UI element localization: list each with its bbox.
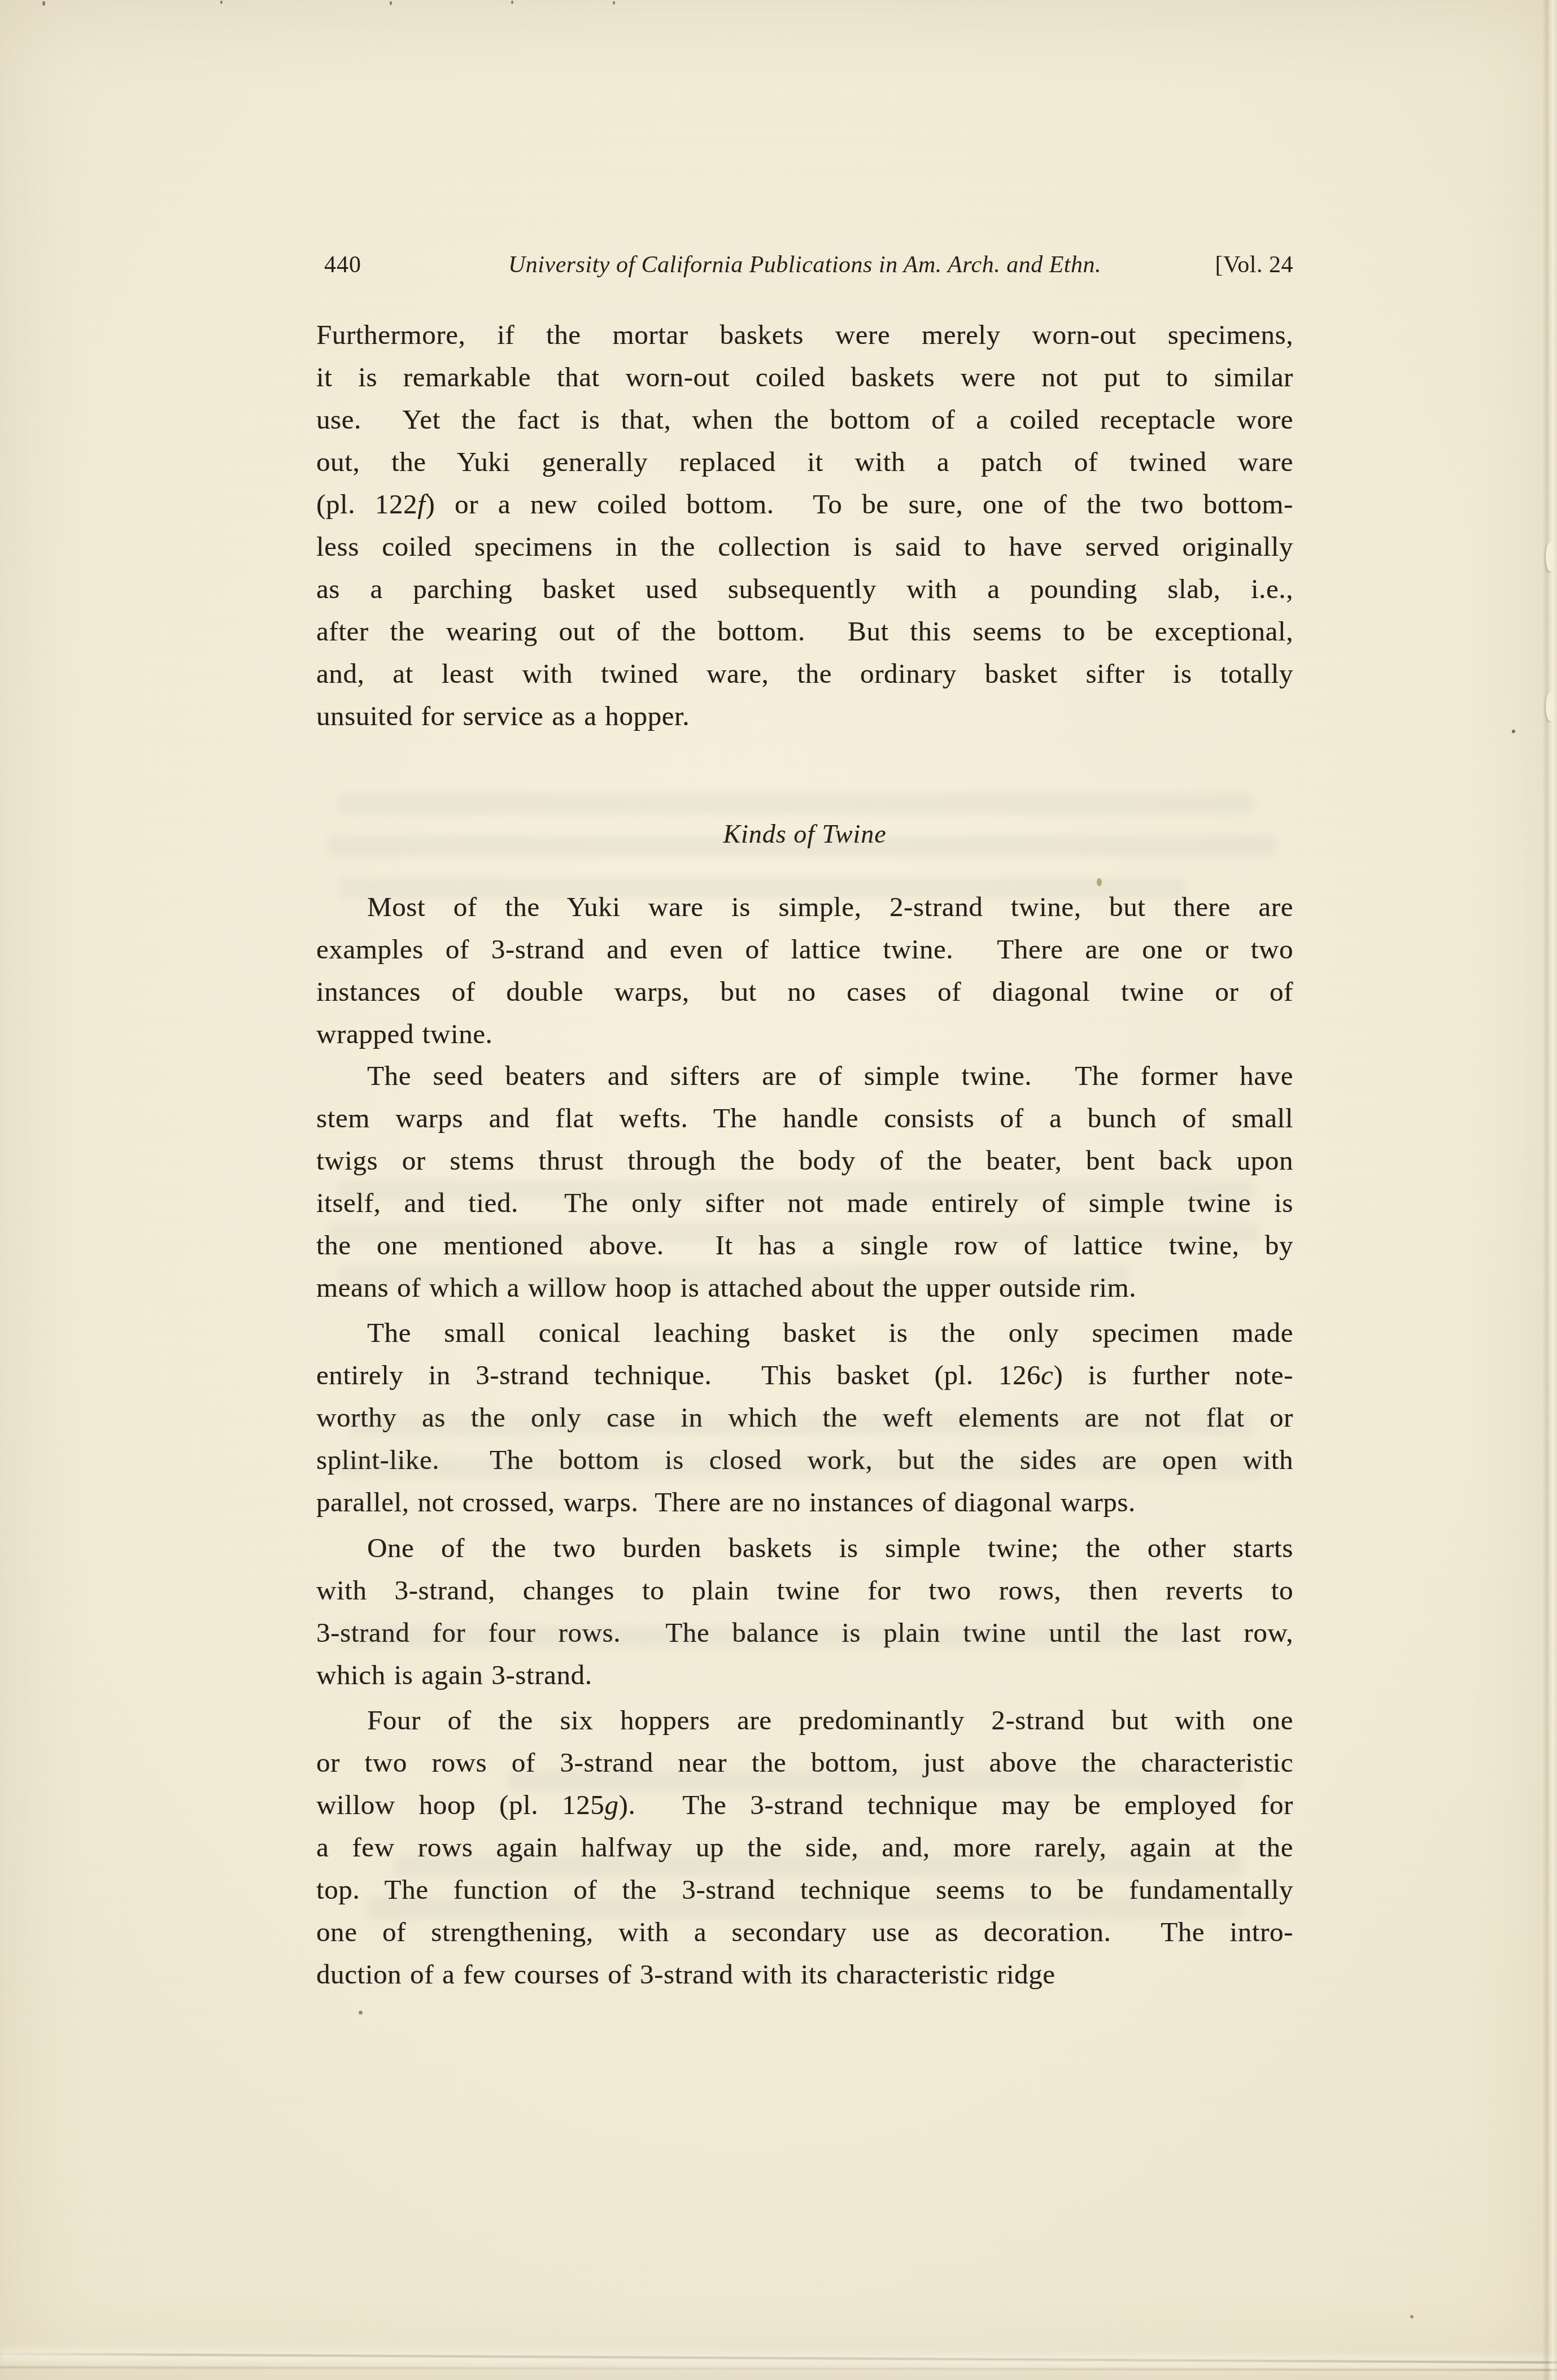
ghost-showthrough	[339, 1457, 1265, 1477]
text-run: ) or a new coiled bottom. To be sure, on…	[425, 489, 1293, 520]
text-line: which is again 3-strand.	[316, 1654, 1293, 1696]
text-run: one of strengthening, with a secondary u…	[316, 1916, 1293, 1947]
text-line: stem warps and flat wefts. The handle co…	[316, 1097, 1293, 1139]
text-line: The small conical leaching basket is the…	[316, 1311, 1293, 1354]
text-line: examples of 3-strand and even of lattice…	[316, 928, 1293, 970]
text-run: unsuited for service as a hopper.	[316, 700, 690, 731]
text-run: instances of double warps, but no cases …	[316, 976, 1293, 1007]
text-line: use. Yet the fact is that, when the bott…	[316, 398, 1293, 441]
text-run: use. Yet the fact is that, when the bott…	[316, 404, 1293, 435]
text-line: One of the two burden baskets is simple …	[316, 1527, 1293, 1569]
ghost-showthrough	[339, 1180, 1254, 1201]
text-run: The small conical leaching basket is the…	[367, 1317, 1293, 1348]
text-run-italic: c	[1041, 1359, 1053, 1390]
text-run: entirely in 3-strand technique. This bas…	[316, 1359, 1041, 1390]
ghost-showthrough	[339, 794, 1254, 814]
ghost-showthrough	[395, 1855, 1242, 1876]
paragraph: Four of the six hoppers are predominantl…	[316, 1699, 1293, 1995]
text-run: stem warps and flat wefts. The handle co…	[316, 1102, 1293, 1134]
text-line: entirely in 3-strand technique. This bas…	[316, 1354, 1293, 1396]
text-run: willow hoop (pl. 125	[316, 1789, 604, 1820]
text-run: out, the Yuki generally replaced it with…	[316, 446, 1293, 477]
text-line: less coiled specimens in the collection …	[316, 525, 1293, 568]
text-run: Furthermore, if the mortar baskets were …	[316, 319, 1293, 350]
text-line: duction of a few courses of 3-strand wit…	[316, 1953, 1293, 1995]
text-line: wrapped twine.	[316, 1013, 1293, 1055]
text-run: and, at least with twined ware, the ordi…	[316, 658, 1293, 689]
text-run: (pl. 122	[316, 489, 417, 520]
text-run: with 3-strand, changes to plain twine fo…	[316, 1575, 1293, 1606]
paper-speck	[42, 1, 45, 6]
text-run: wrapped twine.	[316, 1018, 492, 1049]
text-line: as a parching basket used subsequently w…	[316, 568, 1293, 610]
text-line: with 3-strand, changes to plain twine fo…	[316, 1569, 1293, 1611]
text-run: Four of the six hoppers are predominantl…	[367, 1705, 1293, 1736]
paper-speck	[359, 2011, 363, 2015]
paragraph: One of the two burden baskets is simple …	[316, 1527, 1293, 1696]
ghost-showthrough	[508, 1771, 1242, 1791]
paper-speck	[1097, 878, 1102, 886]
text-run: after the wearing out of the bottom. But…	[316, 616, 1293, 647]
text-run: ). The 3-strand technique may be employe…	[619, 1789, 1293, 1820]
ghost-showthrough	[339, 1265, 1129, 1285]
text-line: instances of double warps, but no cases …	[316, 970, 1293, 1013]
text-run: less coiled specimens in the collection …	[316, 531, 1293, 562]
paragraph: Most of the Yuki ware is simple, 2-stran…	[316, 886, 1293, 1055]
page-edge-bump	[1546, 692, 1555, 721]
text-run: twigs or stems thrust through the body o…	[316, 1145, 1293, 1176]
page-edge-bump	[1546, 542, 1555, 572]
text-run: examples of 3-strand and even of lattice…	[316, 934, 1293, 965]
paper-speck	[390, 1, 392, 5]
text-run: ) is further note-	[1053, 1359, 1293, 1390]
text-line: Furthermore, if the mortar baskets were …	[316, 313, 1293, 356]
text-line: The seed beaters and sifters are of simp…	[316, 1054, 1293, 1097]
paragraph: Furthermore, if the mortar baskets were …	[316, 313, 1293, 737]
paper-speck	[220, 1, 223, 4]
text-line: Four of the six hoppers are predominantl…	[316, 1699, 1293, 1741]
paper-speck	[613, 1, 615, 5]
text-line: unsuited for service as a hopper.	[316, 695, 1293, 737]
text-line: it is remarkable that worn-out coiled ba…	[316, 356, 1293, 398]
ghost-showthrough	[328, 836, 1276, 856]
ghost-showthrough	[339, 878, 1186, 899]
text-run: One of the two burden baskets is simple …	[367, 1532, 1293, 1563]
text-run: duction of a few courses of 3-strand wit…	[316, 1959, 1056, 1990]
text-run: which is again 3-strand.	[316, 1659, 592, 1690]
paper-speck	[1512, 730, 1515, 733]
text-line: (pl. 122f) or a new coiled bottom. To be…	[316, 483, 1293, 525]
ghost-showthrough	[350, 1415, 1254, 1435]
text-run-italic: g	[604, 1789, 618, 1820]
page-edge	[1542, 0, 1557, 2380]
text-run: The seed beaters and sifters are of simp…	[367, 1060, 1293, 1091]
text-line: out, the Yuki generally replaced it with…	[316, 441, 1293, 483]
text-run-italic: f	[417, 489, 425, 520]
text-run: as a parching basket used subsequently w…	[316, 573, 1293, 604]
ghost-showthrough	[328, 1223, 1259, 1243]
book-page: 440 University of California Publication…	[0, 0, 1557, 2380]
text-run: it is remarkable that worn-out coiled ba…	[316, 361, 1293, 393]
ghost-showthrough	[367, 1898, 1242, 1918]
paper-speck	[1410, 2315, 1414, 2318]
text-line: twigs or stems thrust through the body o…	[316, 1139, 1293, 1182]
text-run: parallel, not crossed, warps. There are …	[316, 1487, 1136, 1518]
text-line: after the wearing out of the bottom. But…	[316, 610, 1293, 652]
ghost-showthrough	[339, 1627, 1186, 1647]
paper-speck	[511, 1, 513, 4]
text-line: parallel, not crossed, warps. There are …	[316, 1481, 1293, 1523]
text-line: and, at least with twined ware, the ordi…	[316, 652, 1293, 695]
